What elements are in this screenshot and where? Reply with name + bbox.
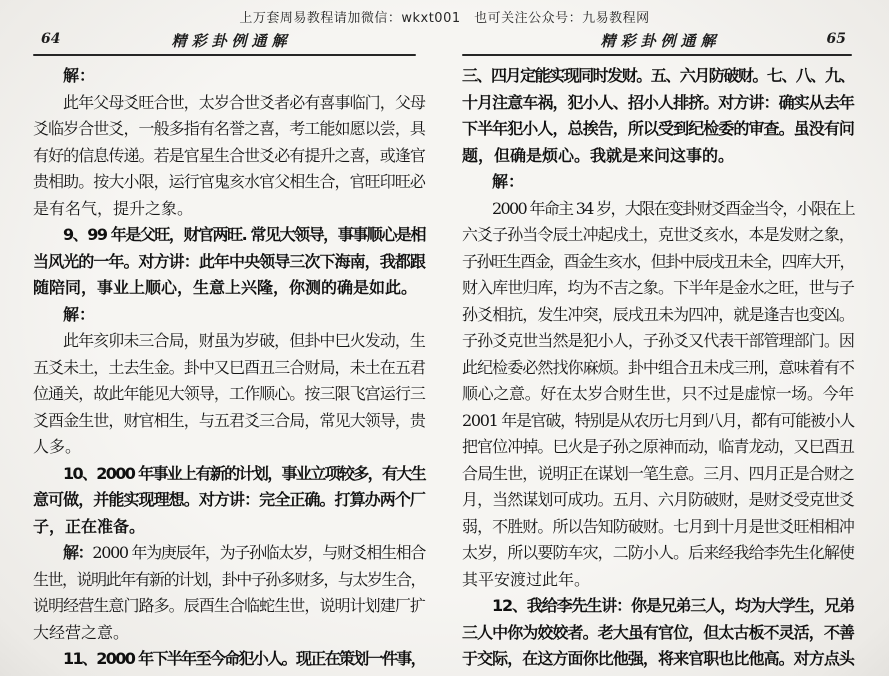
text-line: 财入库世归库，均为不吉之象。下半年是金水之旺，世与子 [462, 275, 854, 302]
text-line: 爻临岁合世爻，一般多指有名誉之喜，考工能如愿以尝，具 [33, 116, 425, 143]
text-line: 是有名气，提升之象。 [33, 196, 425, 223]
page-title-left: 精彩卦例通解 [33, 30, 425, 51]
text-line: 题，但确是烦心。我就是来问这事的。 [462, 143, 854, 170]
text-line: 下半年犯小人，总挨告，所以受到纪检委的审查。虽没有问 [462, 116, 854, 143]
text-line: 当风光的一年。对方讲：此年中央领导三次下海南，我都跟 [33, 249, 425, 276]
text-line: 生世，说明此年有新的计划，卦中子孙多财多，与太岁生合， [33, 567, 425, 594]
text-line: 子孙旺生酉金，酉金生亥水，但卦中辰戌丑未全，四库大开， [462, 249, 854, 276]
text-line: 随陪同，事业上顺心，生意上兴隆，你测的确是如此。 [33, 275, 425, 302]
text-line: 顺心之意。好在太岁合财生世，只不过是虚惊一场。今年 [462, 381, 854, 408]
page-header-right: 精彩卦例通解 65 [462, 30, 854, 51]
text-line: 11、2000 年下半年至今命犯小人。现正在策划一件事， [33, 646, 425, 673]
text-line: 月，当然谋划可成功。五月、六月防破财，是财爻受克世爻 [462, 487, 854, 514]
text-line: 太岁，所以要防车灾，二防小人。后来经我给李先生化解使 [462, 540, 854, 567]
header-rule-left [33, 54, 416, 56]
page-body-right: 三、四月定能实现同时发财。五、六月防破财。七、八、九、十月注意车祸，犯小人、招小… [462, 63, 854, 673]
text-line: 五爻未土，土去生金。卦中又巳酉丑三合财局，未土在五君 [33, 355, 425, 382]
paragraph-label: 解： [63, 543, 92, 562]
text-line: 此年亥卯未三合局，财虽为岁破，但卦中巳火发动，生 [33, 328, 425, 355]
page-left: 64 精彩卦例通解 解：此年父母爻旺合世，太岁合世爻者必有喜事临门，父母爻临岁合… [33, 30, 425, 673]
text-line: 贵相助。按大小限，运行官鬼亥水官父相生合，官旺印旺必 [33, 169, 425, 196]
text-line: 说明经营生意门路多。辰酉生合临蛇生世，说明计划建厂扩 [33, 593, 425, 620]
text-line: 2001 年是官破，特别是从农历七月到八月，都有可能被小人 [462, 408, 854, 435]
page-header-left: 64 精彩卦例通解 [33, 30, 425, 51]
page-right: 精彩卦例通解 65 三、四月定能实现同时发财。五、六月防破财。七、八、九、十月注… [462, 30, 854, 673]
header-rule-right [462, 54, 852, 56]
text-line: 此年父母爻旺合世，太岁合世爻者必有喜事临门，父母 [33, 90, 425, 117]
text-line: 子，正在准备。 [33, 514, 425, 541]
text-line: 10、2000 年事业上有新的计划，事业立项较多，有大生 [33, 461, 425, 488]
text-line: 位通关，故此年能见大领导，工作顺心。按三限飞宫运行三 [33, 381, 425, 408]
text-line: 十月注意车祸，犯小人、招小人排挤。对方讲：确实从去年 [462, 90, 854, 117]
text-line: 大经营之意。 [33, 620, 425, 647]
page-number-right: 65 [827, 31, 846, 47]
text-line: 弱，不胜财。所以告知防破财。七月到十月是世爻旺相相冲 [462, 514, 854, 541]
text-line: 人多。 [33, 434, 425, 461]
text-line: 其平安渡过此年。 [462, 567, 854, 594]
text-line: 12、我给李先生讲：你是兄弟三人，均为大学生，兄弟 [462, 593, 854, 620]
book-scan-spread: 上万套周易教程请加微信：wkxt001 也可关注公众号：九易教程网 64 精彩卦… [0, 0, 889, 676]
text-line: 解：2000 年为庚辰年，为子孙临太岁，与财爻相生相合 [33, 540, 425, 567]
text-line: 把官位冲掉。巳火是子孙之原神而动，临青龙动，又巳酉丑 [462, 434, 854, 461]
text-line: 子孙爻克世当然是犯小人，子孙爻又代表干部管理部门。因 [462, 328, 854, 355]
page-number-left: 64 [41, 31, 60, 47]
text-line: 三人中你为姣姣者。老大虽有官位，但太古板不灵活，不善 [462, 620, 854, 647]
text-line: 合局生世，说明正在谋划一笔生意。三月、四月正是合财之 [462, 461, 854, 488]
text-line: 此纪检委必然找你麻烦。卦中组合丑未戌三刑，意味着有不 [462, 355, 854, 382]
text-line: 于交际，在这方面你比他强，将来官职也比他高。对方点头 [462, 646, 854, 673]
page-title-right: 精彩卦例通解 [462, 30, 854, 51]
text-line: 意可做，并能实现理想。对方讲：完全正确。打算办两个厂 [33, 487, 425, 514]
page-body-left: 解：此年父母爻旺合世，太岁合世爻者必有喜事临门，父母爻临岁合世爻，一般多指有名誉… [33, 63, 425, 673]
text-line: 解： [462, 169, 854, 196]
text-line: 解： [33, 302, 425, 329]
text-line: 有好的信息传递。若是官星生合世爻必有提升之喜，或逢官 [33, 143, 425, 170]
text-line: 解： [33, 63, 425, 90]
text-line: 六爻子孙当令辰土冲起戌土，克世爻亥水，本是发财之象， [462, 222, 854, 249]
watermark-banner: 上万套周易教程请加微信：wkxt001 也可关注公众号：九易教程网 [0, 7, 889, 26]
text-line: 2000 年命主 34 岁，大限在变卦财爻酉金当令，小限在上 [462, 196, 854, 223]
text-line: 9、99 年是父旺，财官两旺. 常见大领导，事事顺心是相 [33, 222, 425, 249]
text-line: 三、四月定能实现同时发财。五、六月防破财。七、八、九、 [462, 63, 854, 90]
text-line: 孙爻相抗，发生冲突，辰戌丑未为四冲，就是逢吉也变凶。 [462, 302, 854, 329]
text-line: 爻酉金生世，财官相生，与五君爻三合局，常见大领导，贵 [33, 408, 425, 435]
